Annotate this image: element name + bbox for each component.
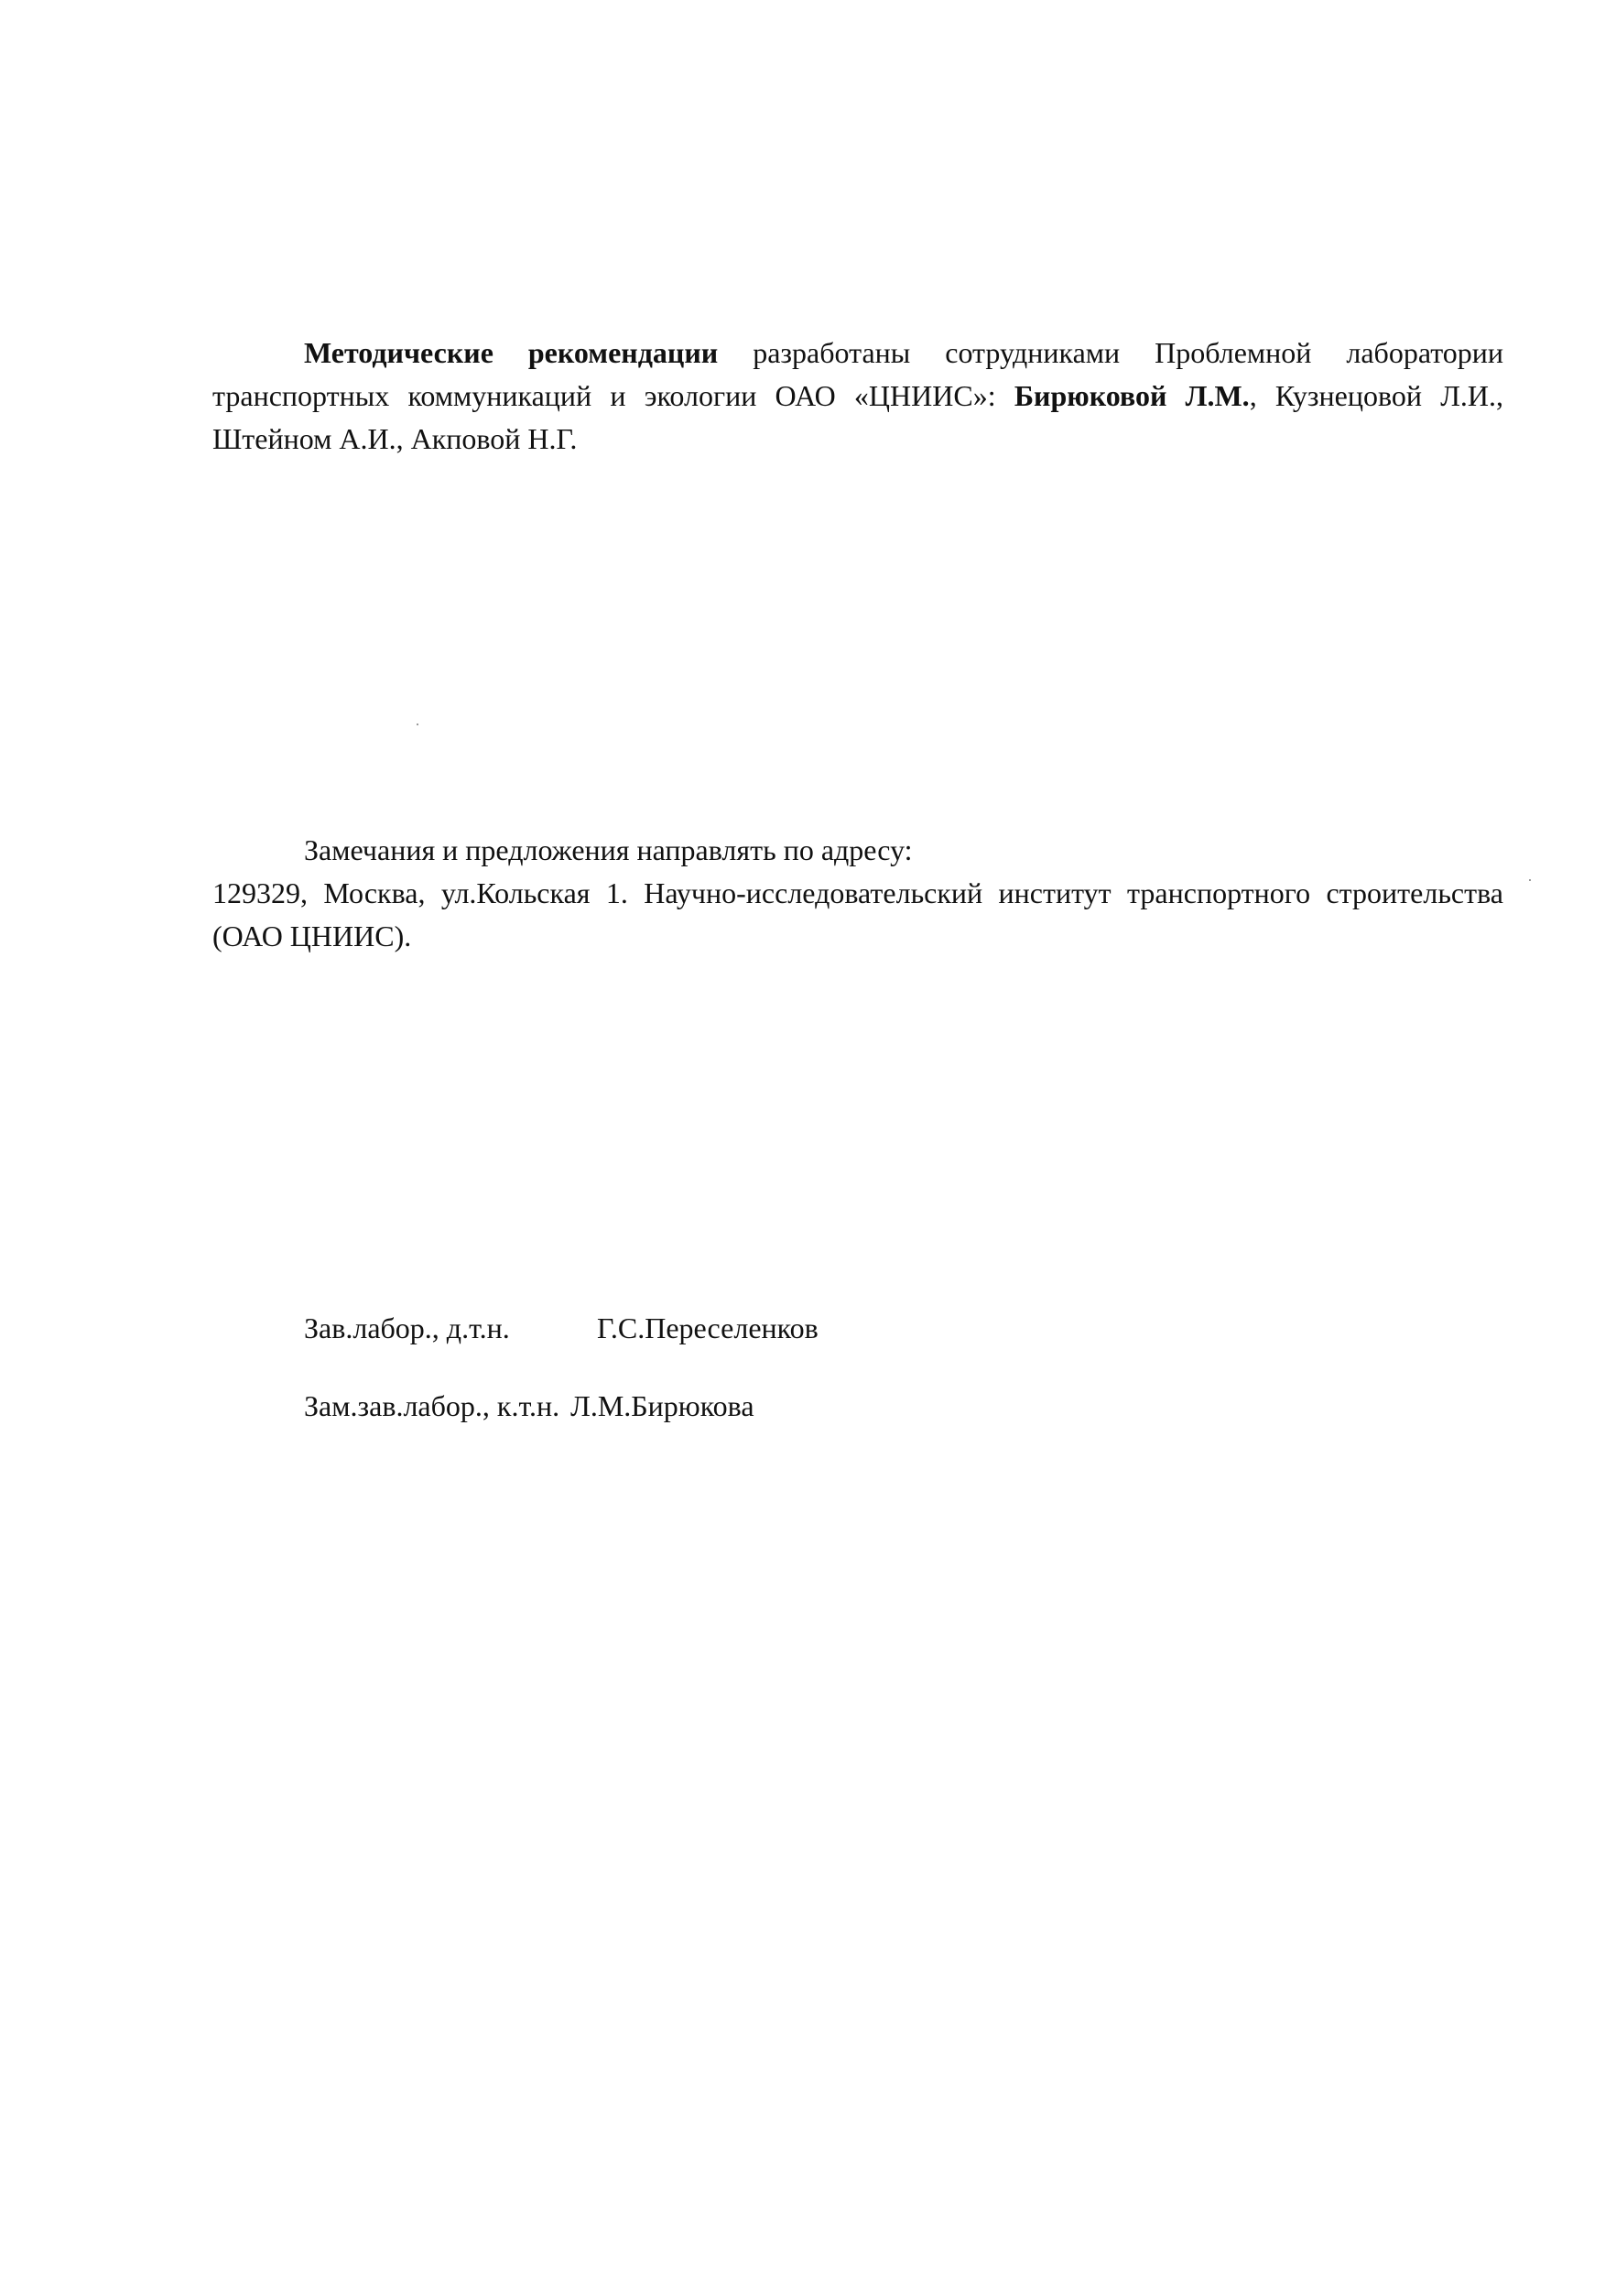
- credits-paragraph: Методические рекомендации разработаны со…: [212, 332, 1503, 461]
- scan-speck: [417, 724, 418, 725]
- address-paragraph: Замечания и предложения направлять по ад…: [212, 829, 1503, 958]
- separator: ,: [396, 422, 411, 455]
- signature-role: Зам.зав.лабор., к.т.н.: [304, 1387, 559, 1424]
- author-name: Штейном А.И.: [212, 422, 396, 455]
- signature-role: Зав.лабор., д.т.н.: [304, 1310, 597, 1346]
- separator: ,: [1496, 379, 1503, 412]
- credits-lead: Методические рекомендации: [304, 336, 718, 369]
- signature-name: Г.С.Переселенков: [597, 1311, 819, 1344]
- author-name: Акповой Н.Г.: [411, 422, 578, 455]
- address-line: 129329, Москва, ул.Кольская 1. Научно-ис…: [212, 876, 1503, 952]
- separator: ,: [1250, 379, 1275, 412]
- author-name: Бирюковой Л.М.: [1014, 379, 1250, 412]
- signature-deputy-head: Зам.зав.лабор., к.т.н.Л.М.Бирюкова: [304, 1387, 754, 1424]
- signature-name: Л.М.Бирюкова: [570, 1389, 754, 1422]
- signature-head-of-lab: Зав.лабор., д.т.н.Г.С.Переселенков: [304, 1310, 819, 1346]
- author-name: Кузнецовой Л.И.: [1275, 379, 1496, 412]
- scan-speck: [1529, 879, 1531, 881]
- address-intro: Замечания и предложения направлять по ад…: [304, 833, 913, 866]
- document-page: Методические рекомендации разработаны со…: [0, 0, 1605, 2296]
